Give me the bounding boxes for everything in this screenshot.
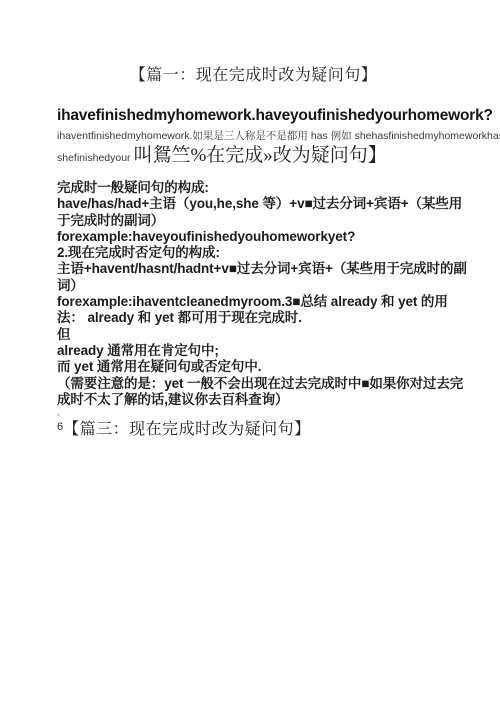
body-line: 2.现在完成时否定句的构成: — [57, 245, 450, 261]
period-mark: 。 — [57, 408, 450, 415]
body-line-text: （需要注意的是：yet 一般不会出现在过去完成时中■如果你对过去完 — [57, 376, 463, 391]
note-line-text: ihaventfinishedmyhomework.如果是三人称是不是都用 ha… — [57, 130, 500, 142]
body-line: 但 — [57, 327, 450, 343]
document-body: 【篇一：现在完成时改为疑问句】ihavefinishedmyhomework.h… — [0, 63, 500, 442]
example-question-line: ihavefinishedmyhomework.haveyoufinishedy… — [57, 105, 450, 126]
body-line: forexample:ihaventcleanedmyroom.3■总结 alr… — [57, 294, 450, 310]
body-line: 成时不太了解的话,建议你去百科查询） — [57, 392, 450, 408]
body-line-text: 成时不太了解的话,建议你去百科查询） — [57, 392, 288, 407]
section-title-one-text: 【篇一：现在完成时改为疑问句】 — [130, 67, 378, 84]
document-page: 【篇一：现在完成时改为疑问句】ihavefinishedmyhomework.h… — [0, 0, 500, 707]
body-line: 词） — [57, 278, 450, 294]
section-title-three-text: 【篇三：现在完成时改为疑问句】 — [63, 421, 311, 438]
body-line: have/has/had+主语（you,he,she 等）+v■过去分词+宾语+… — [57, 196, 450, 212]
body-line-text: 2.现在完成时否定句的构成: — [57, 245, 220, 260]
body-line-text: 主语+havent/hasnt/hadnt+v■过去分词+宾语+（某些用于完成时… — [57, 261, 467, 276]
section-title-one: 【篇一：现在完成时改为疑问句】 — [57, 63, 450, 89]
example-question-line-text: ihavefinishedmyhomework.haveyoufinishedy… — [57, 107, 493, 124]
body-line-text: already 通常用在肯定句中; — [57, 343, 219, 358]
body-line: 主语+havent/hasnt/hadnt+v■过去分词+宾语+（某些用于完成时… — [57, 261, 450, 277]
body-line-text: 于完成时的副词） — [57, 213, 164, 228]
body-line: （需要注意的是：yet 一般不会出现在过去完成时中■如果你对过去完 — [57, 376, 450, 392]
body-line-text: 但 — [57, 327, 70, 342]
body-line-text: 词） — [57, 278, 84, 293]
body-line: 法： already 和 yet 都可用于现在完成时. — [57, 310, 450, 326]
section-title-two-garbled-text: 叫鴛竺%在完成»改为疑问句】 — [133, 145, 386, 166]
section-title-three: 6【篇三：现在完成时改为疑问句】 — [57, 415, 450, 442]
section-title-two-garbled: shefinishedyour 叫鴛竺%在完成»改为疑问句】 — [57, 144, 450, 170]
note-line: ihaventfinishedmyhomework.如果是三人称是不是都用 ha… — [57, 127, 450, 144]
section-title-two-garbled-text: shefinishedyour — [57, 152, 133, 164]
body-line: forexample:haveyoufinishedyouhomeworkyet… — [57, 229, 450, 245]
body-line-text: forexample:haveyoufinishedyouhomeworkyet… — [57, 229, 355, 244]
body-line-text: 完成时一般疑问句的构成: — [57, 180, 209, 195]
body-line: 于完成时的副词） — [57, 213, 450, 229]
body-line-text: 而 yet 通常用在疑问句或否定句中. — [57, 359, 261, 374]
body-line-text: forexample:ihaventcleanedmyroom.3■总结 alr… — [57, 294, 448, 309]
body-line: 而 yet 通常用在疑问句或否定句中. — [57, 359, 450, 375]
body-line-text: 法： already 和 yet 都可用于现在完成时. — [57, 310, 302, 325]
body-line-text: have/has/had+主语（you,he,she 等）+v■过去分词+宾语+… — [57, 196, 462, 211]
body-line: 完成时一般疑问句的构成: — [57, 180, 450, 196]
body-line: already 通常用在肯定句中; — [57, 343, 450, 359]
